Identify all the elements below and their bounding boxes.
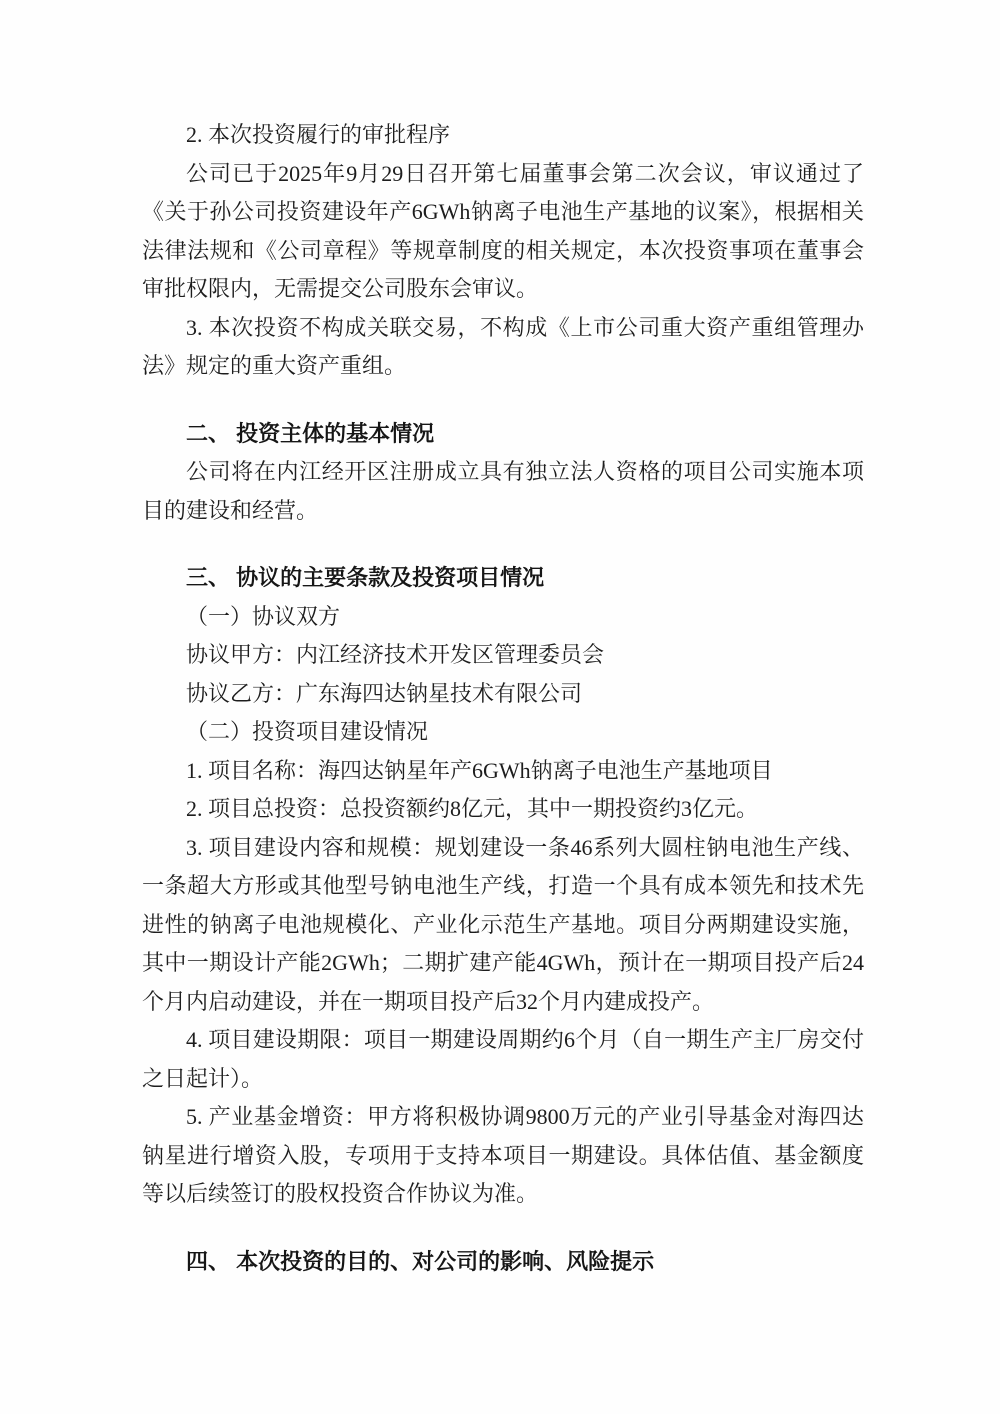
para-project-name: 1. 项目名称：海四达钠星年产6GWh钠离子电池生产基地项目	[142, 752, 864, 791]
document-page: 2. 本次投资履行的审批程序 公司已于2025年9月29日召开第七届董事会第二次…	[0, 0, 1000, 1414]
para-construction-content-scale: 3. 项目建设内容和规模：规划建设一条46系列大圆柱钠电池生产线、一条超大方形或…	[142, 829, 864, 1022]
para-not-related-transaction: 3. 本次投资不构成关联交易，不构成《上市公司重大资产重组管理办法》规定的重大资…	[142, 309, 864, 386]
para-agreement-parties-label: （一）协议双方	[142, 598, 864, 637]
para-total-investment: 2. 项目总投资：总投资额约8亿元，其中一期投资约3亿元。	[142, 790, 864, 829]
para-party-a: 协议甲方：内江经济技术开发区管理委员会	[142, 636, 864, 675]
para-board-meeting-approval: 公司已于2025年9月29日召开第七届董事会第二次会议，审议通过了《关于孙公司投…	[142, 155, 864, 309]
para-industry-fund-increase: 5. 产业基金增资：甲方将积极协调9800万元的产业引导基金对海四达钠星进行增资…	[142, 1098, 864, 1214]
para-party-b: 协议乙方：广东海四达钠星技术有限公司	[142, 675, 864, 714]
para-investment-entity-detail: 公司将在内江经开区注册成立具有独立法人资格的项目公司实施本项目的建设和经营。	[142, 453, 864, 530]
heading-section-3-agreement-terms: 三、 协议的主要条款及投资项目情况	[142, 559, 864, 598]
para-approval-procedure-title: 2. 本次投资履行的审批程序	[142, 116, 864, 155]
para-construction-period: 4. 项目建设期限：项目一期建设周期约6个月（自一期生产主厂房交付之日起计）。	[142, 1021, 864, 1098]
heading-section-2-investment-entity: 二、 投资主体的基本情况	[142, 415, 864, 454]
document-body: 2. 本次投资履行的审批程序 公司已于2025年9月29日召开第七届董事会第二次…	[142, 116, 864, 1281]
heading-section-4-purpose-impact-risk: 四、 本次投资的目的、对公司的影响、风险提示	[142, 1243, 864, 1282]
para-project-construction-label: （二）投资项目建设情况	[142, 713, 864, 752]
